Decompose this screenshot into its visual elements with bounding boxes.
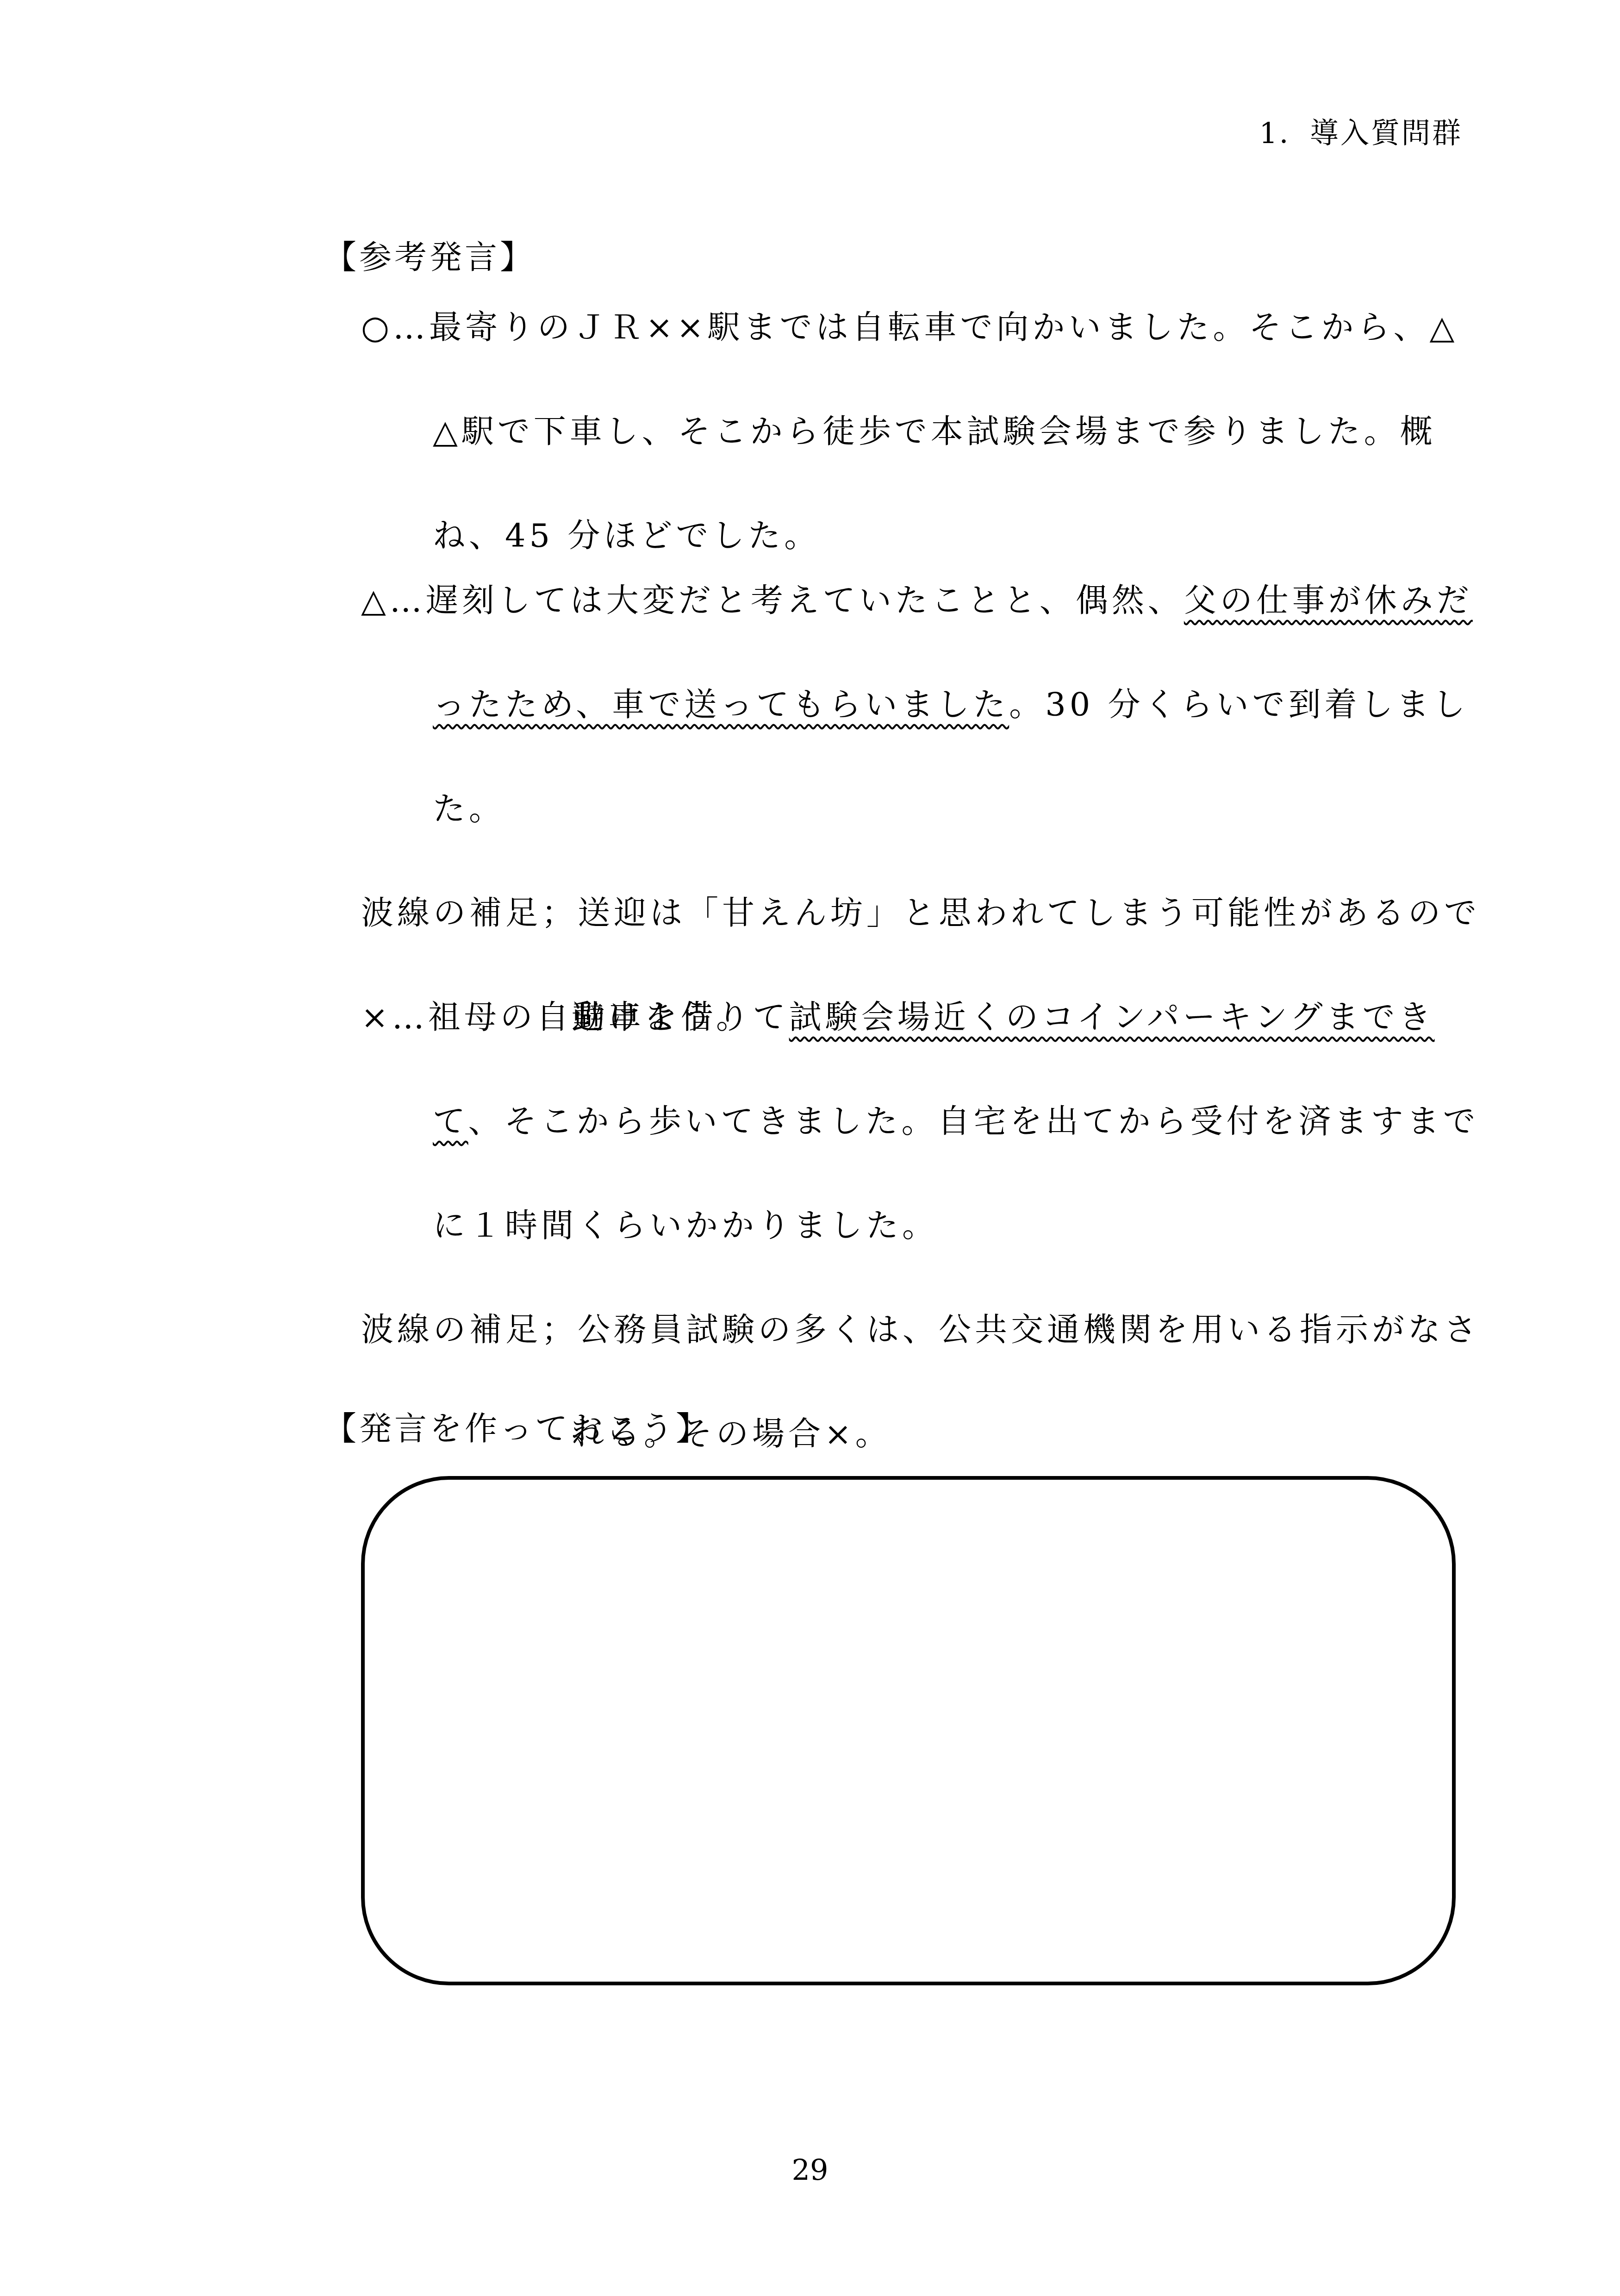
- page-number: 29: [0, 2153, 1620, 2187]
- chapter-header: 1．導入質問群: [1259, 110, 1463, 151]
- answer-line: た。: [361, 757, 1472, 861]
- answer-good: ○…最寄りのＪＲ××駅までは自転車で向かいました。そこから、△ △駅で下車し、そ…: [361, 275, 1472, 588]
- reference-section-title: 【参考発言】: [324, 231, 535, 278]
- note-text: 送迎は「甘えん坊」と思われてしまう可能性があるので: [578, 894, 1480, 932]
- wavy-underlined-text: 試験会場近くのコインパーキングまでき: [789, 998, 1435, 1036]
- answer-writing-box[interactable]: [361, 1476, 1456, 1985]
- answer-text: △駅で下車し、そこから徒歩で本試験会場まで参りました。概: [433, 413, 1436, 450]
- answer-text: ○…最寄りのＪＲ××駅までは自転車で向かいました。そこから、△: [361, 308, 1458, 346]
- answer-line: に１時間くらいかかりました。: [361, 1174, 1472, 1278]
- answer-line: ったため、車で送ってもらいました。30 分くらいで到着しまし: [361, 653, 1472, 757]
- answer-line: △…遅刻しては大変だと考えていたことと、偶然、父の仕事が休みだ: [361, 549, 1472, 653]
- wavy-note: 波線の補足；送迎は「甘えん坊」と思われてしまう可能性があるので: [361, 861, 1472, 965]
- wavy-underlined-text: ったため、車で送ってもらいました: [433, 686, 1009, 724]
- answer-line: △駅で下車し、そこから徒歩で本試験会場まで参りました。概: [361, 380, 1472, 484]
- answer-line: ○…最寄りのＪＲ××駅までは自転車で向かいました。そこから、△: [361, 275, 1472, 380]
- note-label: 波線の補足；: [361, 1311, 578, 1349]
- answer-text: ×…祖母の自動車を借りて: [361, 998, 789, 1036]
- answer-text: △…遅刻しては大変だと考えていたことと、偶然、: [361, 582, 1184, 619]
- answer-line: て、そこから歩いてきました。自宅を出てから受付を済ますまで: [361, 1070, 1472, 1174]
- answer-text: 、そこから歩いてきました。自宅を出てから受付を済ますまで: [468, 1102, 1479, 1140]
- answer-text: た。: [433, 790, 505, 828]
- answer-text: 。30 分くらいで到着しまし: [1009, 686, 1469, 724]
- wavy-underlined-text: 父の仕事が休みだ: [1184, 582, 1473, 619]
- wavy-note: 波線の補足；公務員試験の多くは、公共交通機関を用いる指示がなさ: [361, 1278, 1472, 1382]
- note-text: 公務員試験の多くは、公共交通機関を用いる指示がなさ: [578, 1311, 1480, 1349]
- answer-text: に１時間くらいかかりました。: [433, 1207, 938, 1245]
- practice-section-title: 【発言を作っておこう】: [324, 1403, 711, 1450]
- note-label: 波線の補足；: [361, 894, 578, 932]
- answer-line: ×…祖母の自動車を借りて試験会場近くのコインパーキングまでき: [361, 965, 1472, 1070]
- wavy-underlined-text: て: [433, 1102, 468, 1140]
